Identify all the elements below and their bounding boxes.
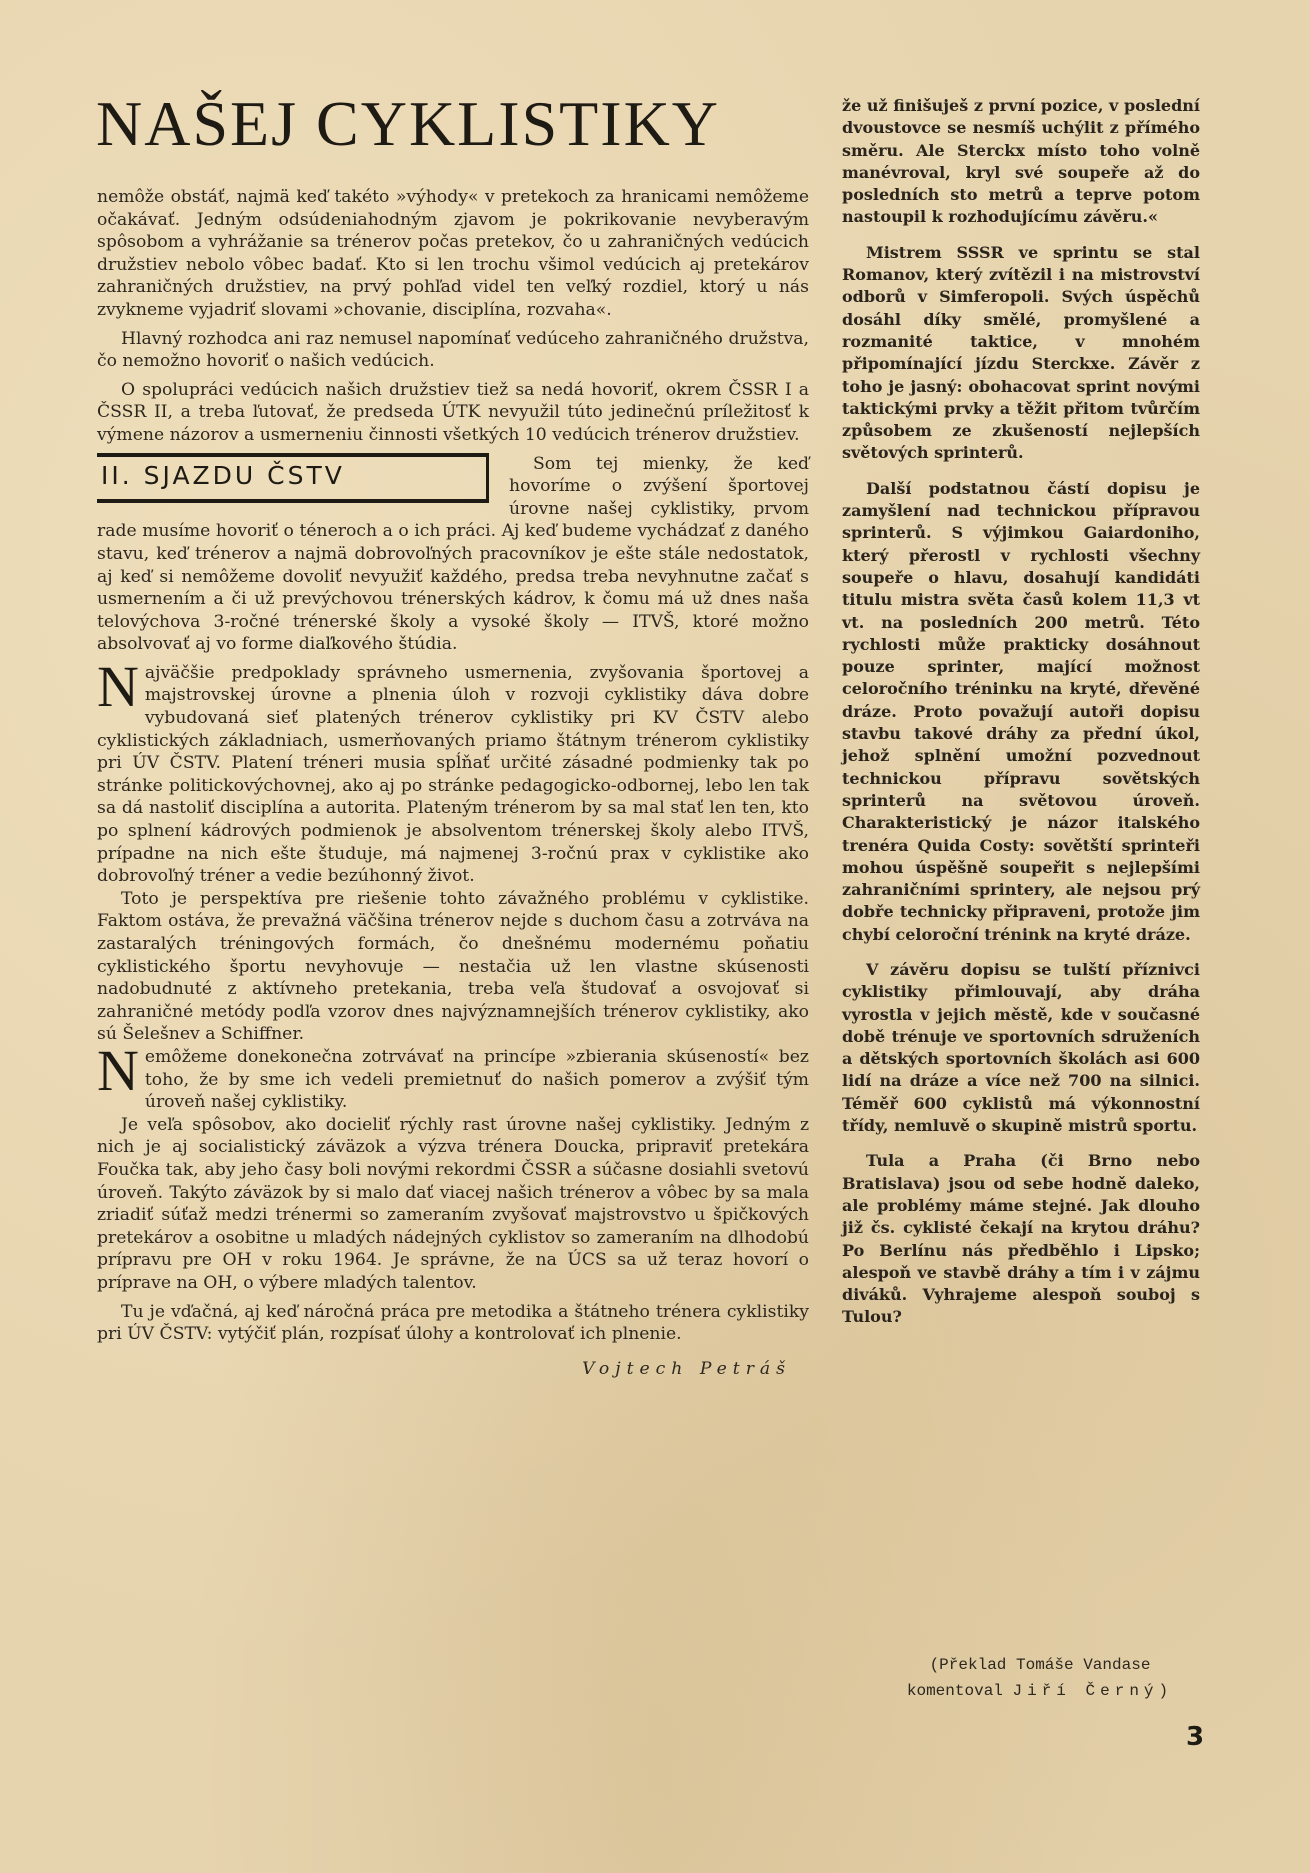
paragraph: Toto je perspektíva pre riešenie tohto z… [97,888,809,1046]
paragraph: O spolupráci vedúcich našich družstiev t… [97,379,809,447]
credit-prefix: komentoval [907,1682,1003,1700]
paragraph: Je veľa spôsobov, ako docieliť rýchly ra… [97,1114,809,1295]
paragraph: nemôže obstáť, najmä keď takéto »výhody«… [97,186,809,322]
article-title: NAŠEJ CYKLISTIKY [96,92,720,156]
section-heading: II. SJAZDU ČSTV [101,465,345,488]
paragraph-with-dropcap: Nemôžeme donekonečna zotrvávať na princí… [97,1046,809,1114]
paragraph: Tu je vďačná, aj keď náročná práca pre m… [97,1301,809,1346]
right-column: že už finišuješ z první pozice, v posled… [842,95,1200,1342]
paragraph: V závěru dopisu se tulští příznivci cykl… [842,959,1200,1137]
left-column: nemôže obstáť, najmä keď takéto »výhody«… [97,186,809,1380]
author-signature: Vojtech Petráš [97,1358,809,1381]
paragraph-with-dropcap: Najväčšie predpoklady správneho usmernen… [97,662,809,888]
translation-credit: (Překlad Tomáše Vandase komentoval Jiří … [880,1652,1200,1704]
paragraph: Další podstatnou částí dopisu je zamyšle… [842,478,1200,946]
paragraph: Tula a Praha (či Brno nebo Bratislava) j… [842,1150,1200,1328]
credit-line-1: (Překlad Tomáše Vandase [880,1652,1200,1678]
credit-line-2: komentoval Jiří Černý) [880,1678,1200,1704]
dropcap: N [97,1048,139,1094]
paragraph-text: ajväčšie predpoklady správneho usmerneni… [97,663,809,886]
paragraph: že už finišuješ z první pozice, v posled… [842,95,1200,229]
credit-name: Jiří Černý) [1013,1682,1174,1700]
paragraph-text: emôžeme donekonečna zotrvávať na princíp… [145,1047,809,1112]
page-number: 3 [1186,1722,1204,1752]
dropcap: N [97,664,139,710]
paragraph: Mistrem SSSR ve sprintu se stal Romanov,… [842,242,1200,465]
section-heading-box: II. SJAZDU ČSTV [97,453,489,503]
paragraph: Hlavný rozhodca ani raz nemusel napomína… [97,328,809,373]
